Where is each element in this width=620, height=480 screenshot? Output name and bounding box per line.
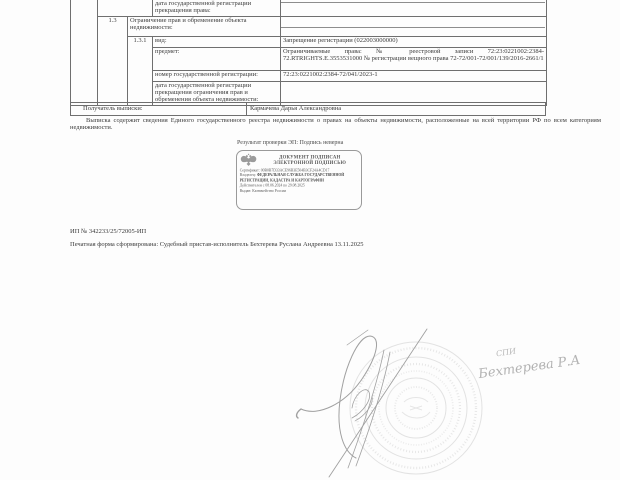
esign-stamp-header: ДОКУМЕНТ ПОДПИСАН ЭЛЕКТРОННОЙ ПОДПИСЬЮ (240, 153, 362, 167)
round-seal-icon (350, 342, 482, 474)
recipient-row: Получатель выписки: Кармачева Дарья Алек… (70, 102, 546, 116)
certificate-label: Сертификат: (240, 169, 260, 173)
scan-cut-line (281, 27, 545, 28)
scan-cut-line (281, 2, 545, 3)
case-number: ИП № 342233/25/72005-ИП (70, 228, 146, 235)
row-label: вид: (153, 36, 281, 47)
certificate-value: 00B0B7D33ACE96B3E504B3CF24A4CD17 (261, 169, 330, 173)
owner-value-line1: ФЕДЕРАЛЬНАЯ СЛУЖБА ГОСУДАРСТВЕННОЙ (257, 174, 344, 178)
empty-cell (98, 0, 153, 16)
owner-label: Владелец: (240, 174, 256, 178)
generation-info: Печатная форма сформирована: Судебный пр… (70, 241, 364, 248)
recipient-value: Кармачева Дарья Александровна (247, 103, 545, 115)
owner-value-line2: РЕГИСТРАЦИИ, КАДАСТРА И КАРТОГРАФИИ (240, 179, 324, 183)
registry-table: дата государственной регистрации прекращ… (70, 0, 547, 106)
row-label: Ограничение прав и обременение объекта н… (128, 16, 281, 36)
esign-stamp: ДОКУМЕНТ ПОДПИСАН ЭЛЕКТРОННОЙ ПОДПИСЬЮ С… (236, 150, 362, 210)
row-value: 72:23:0221002:2384-72/041/2023-1 (281, 70, 547, 81)
esign-stamp-details: Сертификат: 00B0B7D33ACE96B3E504B3CF24A4… (240, 169, 362, 194)
section-margin-cell (71, 0, 98, 105)
recipient-label: Получатель выписки: (71, 103, 247, 115)
row-label: номер государственной регистрации: (153, 70, 281, 81)
esign-stamp-content: ДОКУМЕНТ ПОДПИСАН ЭЛЕКТРОННОЙ ПОДПИСЬЮ С… (237, 151, 362, 194)
double-headed-eagle-icon (240, 153, 258, 167)
row-subnumber: 1.3.1 (128, 36, 153, 105)
signature-scrawl (297, 329, 427, 477)
handwritten-abbreviation: СПИ (495, 347, 516, 359)
row-number: 1.3 (98, 16, 128, 105)
esign-stamp-title-line2: ЭЛЕКТРОННОЙ ПОДПИСЬЮ (257, 160, 362, 165)
issuer-line: Выдан: Казначейство России (240, 189, 362, 194)
note-text: Выписка содержит сведения Единого госуда… (70, 117, 601, 131)
row-value: Запрещение регистрации (022003000000) (281, 36, 547, 47)
row-label: предмет: (153, 47, 281, 70)
scanned-egrn-extract-page: дата государственной регистрации прекращ… (0, 0, 620, 480)
handwritten-name-signature: Бехтерева Р.А (477, 353, 581, 382)
row-value: Ограничиваемые права: № реестровой запис… (281, 47, 547, 70)
esign-stamp-title: ДОКУМЕНТ ПОДПИСАН ЭЛЕКТРОННОЙ ПОДПИСЬЮ (257, 154, 362, 165)
signature-check-result: Результат проверки ЭП: Подпись неверна (237, 140, 343, 146)
row-label: дата государственной регистрации прекращ… (153, 0, 281, 16)
table-row: 1.3.1 вид: Запрещение регистрации (02200… (71, 36, 547, 47)
